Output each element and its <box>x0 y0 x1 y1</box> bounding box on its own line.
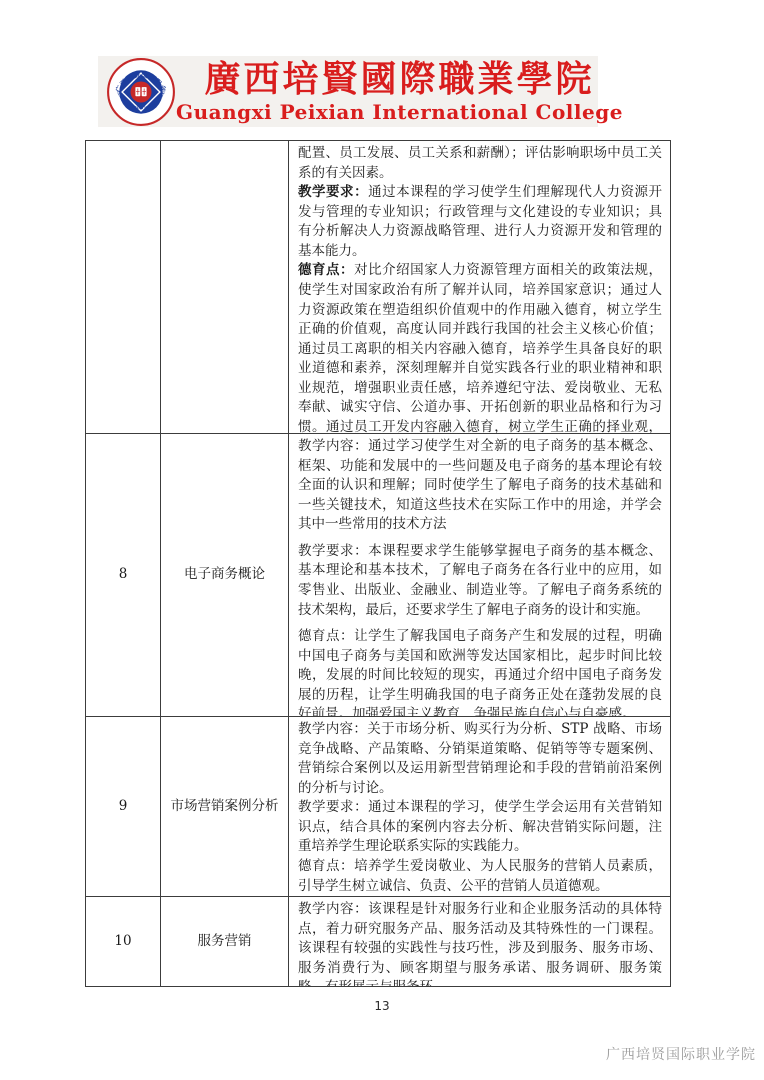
row-number-cell: 10 <box>86 897 161 986</box>
paragraph-label: 德育点： <box>298 858 354 874</box>
course-name-cell: 服务营销 <box>161 897 289 986</box>
college-logo: 广西培贤国际职业学院 GUANGXI PEIXIAN INTERNATIONAL… <box>106 57 176 127</box>
paragraph: 教学内容：关于市场分析、购买行为分析、STP 战略、市场竞争战略、产品策略、分销… <box>298 720 662 798</box>
paragraph-label: 教学内容： <box>298 721 367 737</box>
course-desc-cell: 教学内容：该课程是针对服务行业和企业服务活动的具体特点，着力研究服务产品、服务活… <box>289 897 670 986</box>
paragraph: 教学内容：通过学习使学生对全新的电子商务的基本概念、框架、功能和发展中的一些问题… <box>298 437 662 535</box>
college-name-zh: 廣西培賢國際職業學院 <box>176 60 623 100</box>
course-desc-cell: 教学内容：通过学习使学生对全新的电子商务的基本概念、框架、功能和发展中的一些问题… <box>289 434 670 716</box>
paragraph-label: 德育点： <box>298 262 354 278</box>
college-header: 广西培贤国际职业学院 GUANGXI PEIXIAN INTERNATIONAL… <box>98 56 598 127</box>
paragraph-label: 教学内容： <box>298 901 368 917</box>
course-name-cell: 市场营销案例分析 <box>161 717 289 896</box>
course-desc-cell: 教学内容：关于市场分析、购买行为分析、STP 战略、市场竞争战略、产品策略、分销… <box>289 717 670 896</box>
row-number-cell: 9 <box>86 717 161 896</box>
page-number: 13 <box>0 999 764 1013</box>
paragraph: 教学内容：该课程是针对服务行业和企业服务活动的具体特点，着力研究服务产品、服务活… <box>298 900 662 986</box>
paragraph-label: 教学要求： <box>298 184 368 200</box>
watermark: 广西培贤国际职业学院 <box>606 1044 756 1064</box>
table-row-continuation: 配置、员工发展、员工关系和薪酬）；评估影响职场中员工关系的有关因素。 教学要求：… <box>86 141 670 434</box>
table-row-8: 8 电子商务概论 教学内容：通过学习使学生对全新的电子商务的基本概念、框架、功能… <box>86 434 670 717</box>
paragraph: 配置、员工发展、员工关系和薪酬）；评估影响职场中员工关系的有关因素。 <box>298 144 662 183</box>
college-titles: 廣西培賢國際職業學院 Guangxi Peixian International… <box>176 60 629 124</box>
paragraph: 教学要求：通过本课程的学习，使学生学会运用有关营销知识点，结合具体的案例内容去分… <box>298 798 662 857</box>
table-row-10: 10 服务营销 教学内容：该课程是针对服务行业和企业服务活动的具体特点，着力研究… <box>86 897 670 986</box>
paragraph-label: 教学内容： <box>298 438 368 454</box>
college-name-en: Guangxi Peixian International College <box>176 101 623 123</box>
paragraph: 德育点：让学生了解我国电子商务产生和发展的过程，明确中国电子商务与美国和欧洲等发… <box>298 627 662 716</box>
paragraph: 教学要求：通过本课程的学习使学生们理解现代人力资源开发与管理的专业知识；行政管理… <box>298 183 662 261</box>
table-row-9: 9 市场营销案例分析 教学内容：关于市场分析、购买行为分析、STP 战略、市场竞… <box>86 717 670 897</box>
paragraph-text: 对比介绍国家人力资源管理方面相关的政策法规，使学生对国家政治有所了解并认同，培养… <box>298 262 662 433</box>
paragraph: 德育点：对比介绍国家人力资源管理方面相关的政策法规，使学生对国家政治有所了解并认… <box>298 261 662 433</box>
paragraph-label: 教学要求： <box>298 543 368 559</box>
row-number-cell <box>86 141 161 433</box>
course-desc-cell: 配置、员工发展、员工关系和薪酬）；评估影响职场中员工关系的有关因素。 教学要求：… <box>289 141 670 433</box>
course-name-cell: 电子商务概论 <box>161 434 289 716</box>
document-page: 广西培贤国际职业学院 GUANGXI PEIXIAN INTERNATIONAL… <box>0 0 764 1080</box>
paragraph: 教学要求：本课程要求学生能够掌握电子商务的基本概念、基本理论和基本技术，了解电子… <box>298 542 662 620</box>
course-table: 配置、员工发展、员工关系和薪酬）；评估影响职场中员工关系的有关因素。 教学要求：… <box>85 140 671 987</box>
paragraph: 德育点：培养学生爱岗敬业、为人民服务的营销人员素质，引导学生树立诚信、负责、公平… <box>298 857 662 896</box>
college-seal-icon: 广西培贤国际职业学院 GUANGXI PEIXIAN INTERNATIONAL… <box>106 57 176 127</box>
paragraph-text: 配置、员工发展、员工关系和薪酬）；评估影响职场中员工关系的有关因素。 <box>298 145 662 181</box>
course-name-cell <box>161 141 289 433</box>
paragraph-label: 教学要求： <box>298 799 368 815</box>
row-number-cell: 8 <box>86 434 161 716</box>
paragraph-label: 德育点： <box>298 628 354 644</box>
